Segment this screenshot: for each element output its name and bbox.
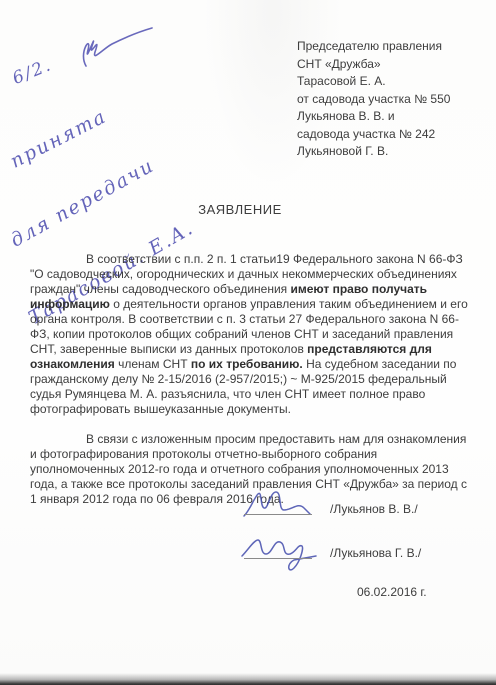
- recipient-line: Лукьяновой Г. В.: [297, 143, 450, 161]
- handwritten-signature-flourish-icon: [48, 22, 158, 86]
- signature-ink-lukyanov-icon: [238, 484, 328, 524]
- recipient-block: Председателю правления СНТ «Дружба» Тара…: [297, 38, 450, 161]
- note-line: принята: [7, 105, 111, 172]
- note-line: 6/2.: [10, 55, 55, 89]
- recipient-line: Лукьянова В. В. и: [297, 108, 450, 126]
- signature-line: [244, 558, 312, 559]
- recipient-line: садовода участка № 242: [297, 126, 450, 144]
- scan-edge-shadow: [0, 673, 496, 685]
- document-title: ЗАЯВЛЕНИЕ: [0, 202, 480, 217]
- signature-ink-lukyanova-icon: [238, 528, 338, 576]
- signature-line: [244, 514, 312, 515]
- recipient-line: Председателю правления: [297, 38, 450, 56]
- document-body: В соответствии с п.п. 2 п. 1 статьи19 Фе…: [30, 252, 475, 522]
- document-date: 06.02.2016 г.: [357, 585, 427, 599]
- paragraph-legal-basis: В соответствии с п.п. 2 п. 1 статьи19 Фе…: [30, 252, 475, 417]
- scanned-document-page: 6/2. принята для передачи Тарасовой. Е.А…: [0, 0, 496, 685]
- signature-label: /Лукьянов В. В./: [330, 502, 418, 516]
- recipient-line: от садовода участка № 550: [297, 91, 450, 109]
- recipient-line: Тарасовой Е. А.: [297, 73, 450, 91]
- signature-label: /Лукьянова Г. В./: [330, 546, 421, 560]
- recipient-line: СНТ «Дружба»: [297, 56, 450, 74]
